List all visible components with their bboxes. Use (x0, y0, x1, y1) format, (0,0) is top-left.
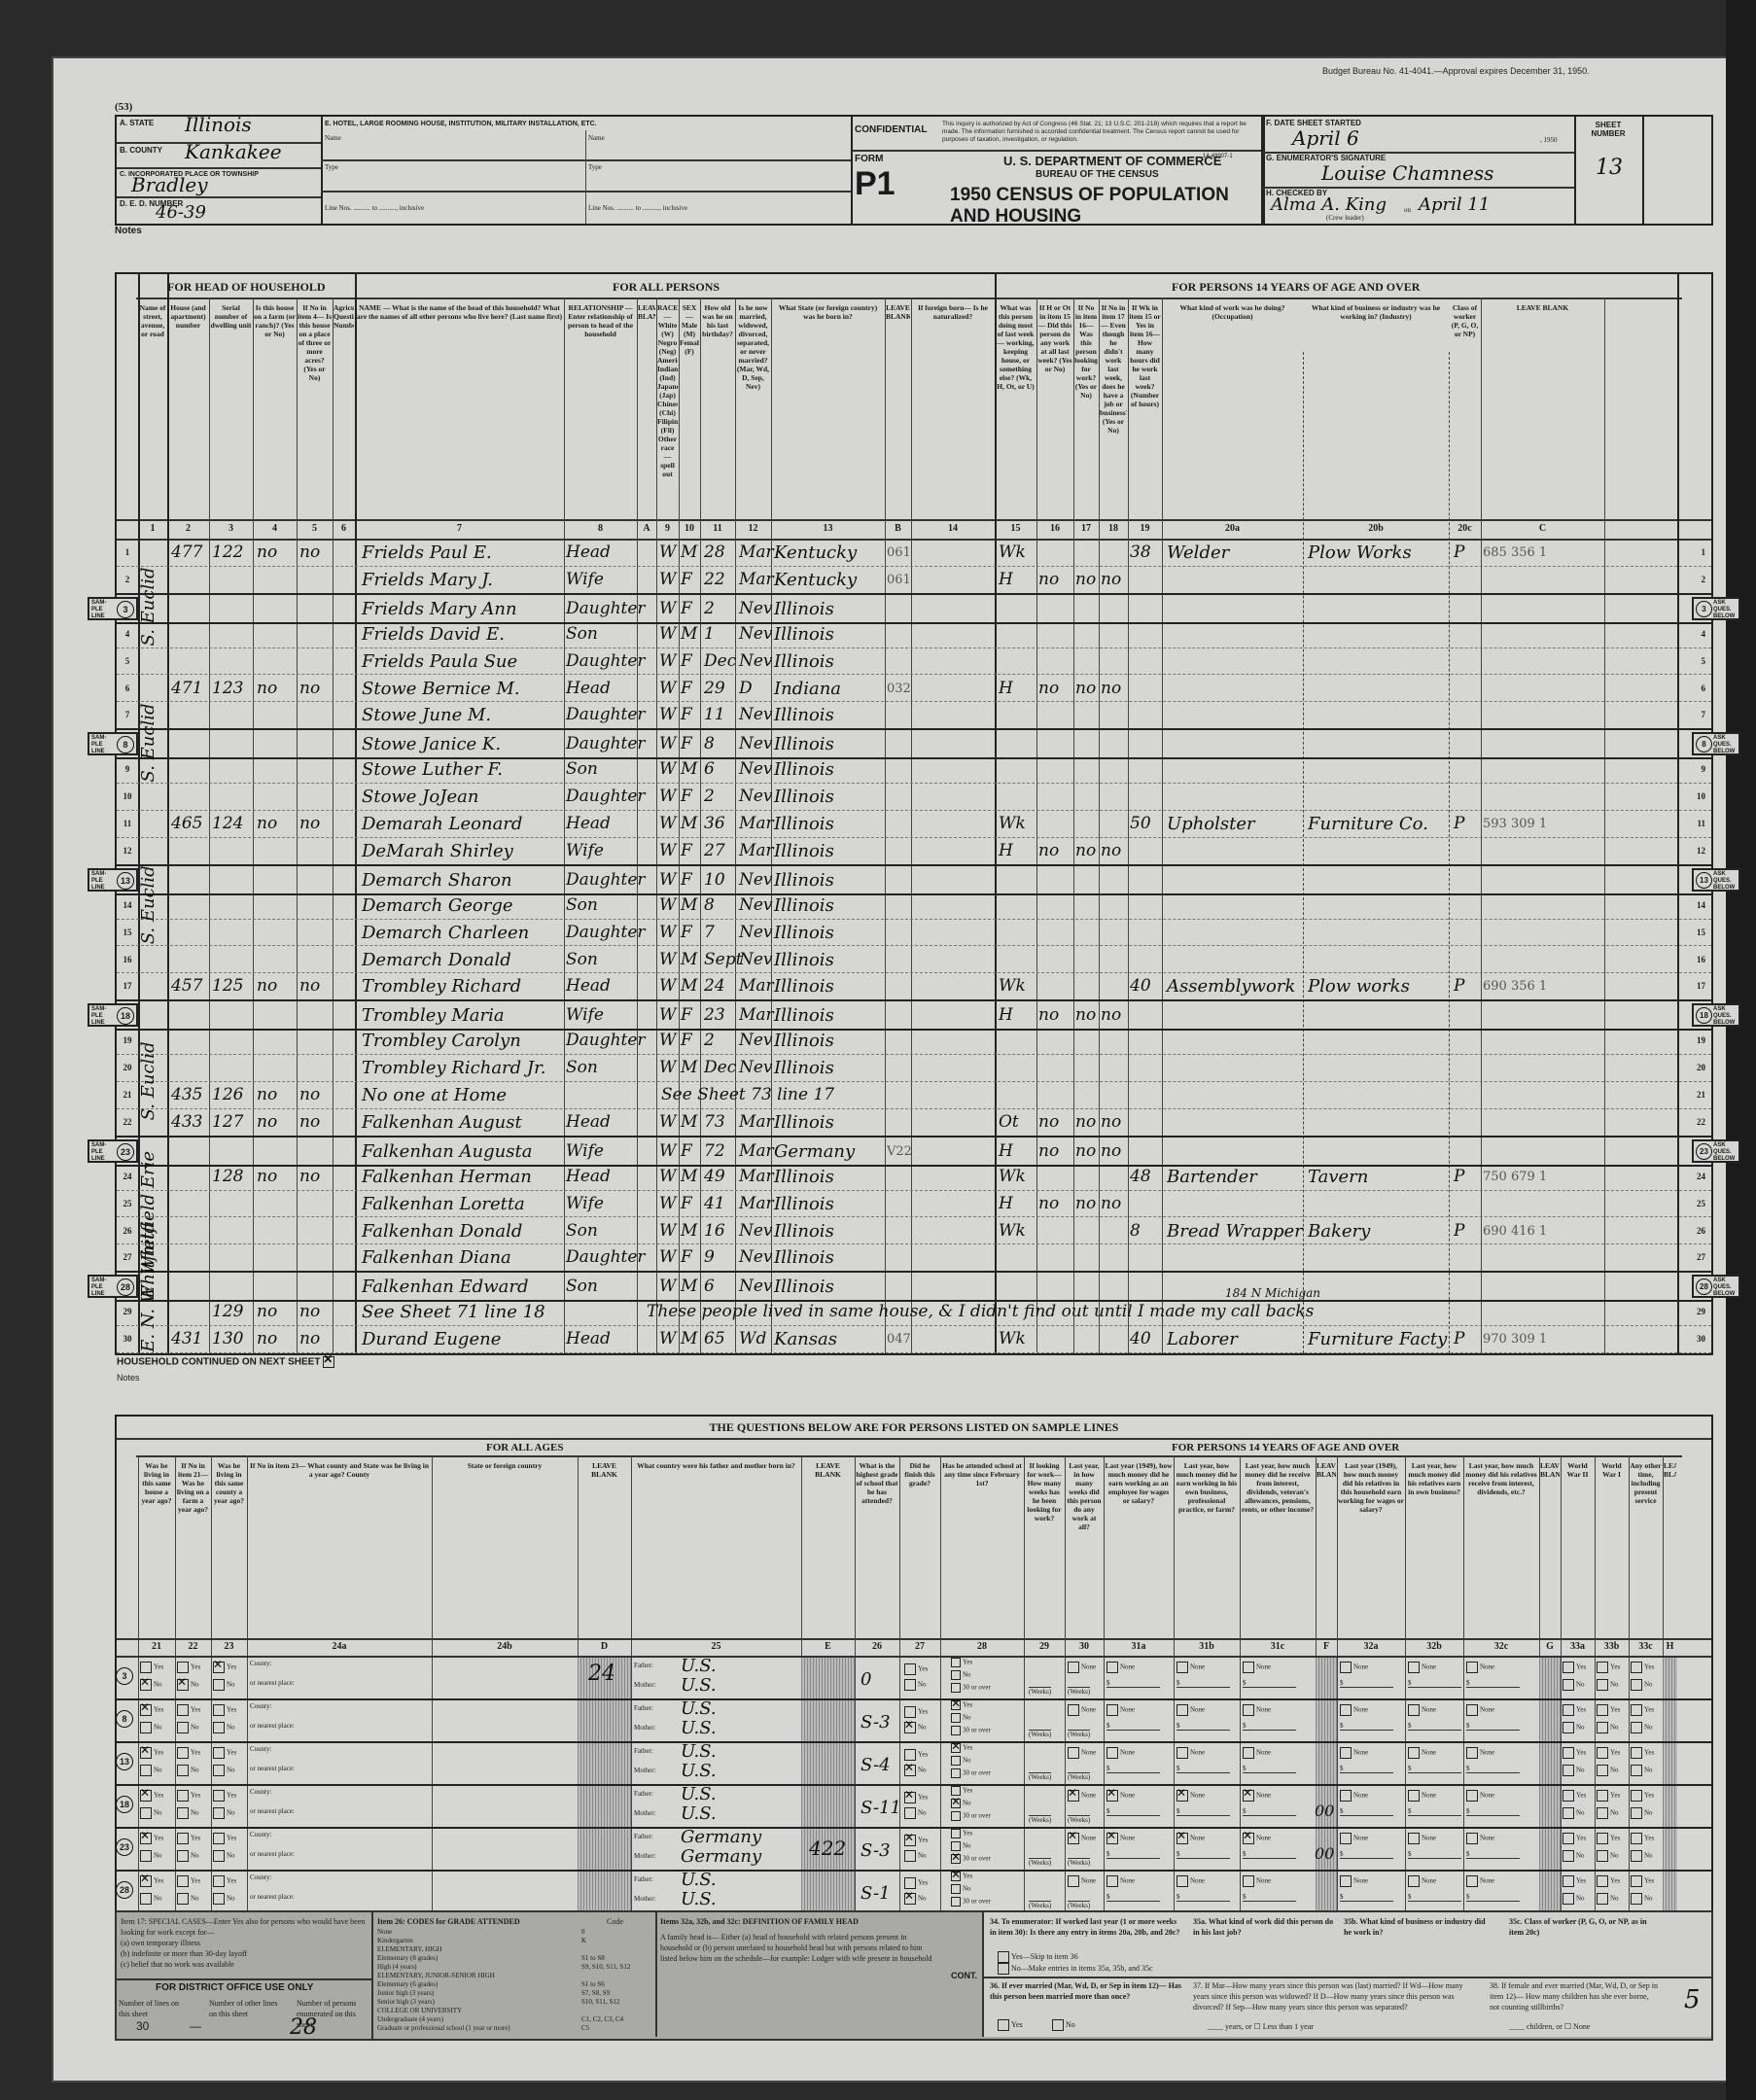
q31b-none-checkbox[interactable]: None (1177, 1704, 1205, 1716)
date-year: , 1950 (1540, 136, 1558, 144)
institution-label: e. HOTEL, LARGE ROOMING HOUSE, INSTITUTI… (325, 121, 597, 127)
serial-number: 130 (212, 1329, 243, 1348)
line-number-right: 12 (1697, 846, 1705, 856)
special-case-c: (c) belief that no work was available (121, 1959, 369, 1970)
house-number: 431 (171, 1329, 202, 1348)
q33c-yes-checkbox[interactable]: Yes (1631, 1662, 1654, 1673)
person-name: Falkenhan Donald (362, 1221, 522, 1242)
q36-no[interactable]: No (1052, 2019, 1075, 2031)
q32c-amount[interactable]: $ (1466, 1679, 1520, 1688)
q32a-amount[interactable]: $ (1340, 1765, 1393, 1773)
notes-label: Notes (115, 226, 142, 236)
line-number: 30 (117, 1334, 138, 1344)
district-office-box: FOR DISTRICT OFFICE USE ONLY Number of l… (117, 1978, 373, 2039)
q33b-yes-checkbox[interactable]: Yes (1597, 1875, 1620, 1887)
q27-no-checkbox[interactable]: No (904, 1679, 927, 1691)
q31a-amount[interactable]: $ (1106, 1679, 1160, 1688)
q33b-no-checkbox[interactable]: No (1597, 1850, 1619, 1862)
q30-none-checkbox[interactable]: None (1068, 1747, 1096, 1759)
column-header-12: Is he now married, widowed, divorced, se… (736, 303, 770, 517)
marital-status: Mar (739, 1112, 774, 1132)
q34: 34. To enumerator: If worked last year (… (990, 1916, 1184, 1938)
q28-no-checkbox[interactable]: No (951, 1713, 971, 1723)
q22-yes-checkbox[interactable]: Yes (177, 1790, 200, 1802)
q29-weeks: (Weeks) (1029, 1730, 1051, 1738)
sex: M (681, 976, 697, 996)
q32c-none-checkbox[interactable]: None (1466, 1747, 1494, 1759)
sample-column-number-f: F (1316, 1641, 1337, 1652)
q32b-none-checkbox[interactable]: None (1408, 1833, 1436, 1844)
q34-no[interactable]: No—Make entries in items 35a, 35b, and 3… (998, 1963, 1153, 1975)
q31c-amount[interactable]: $ (1243, 1807, 1296, 1816)
line-number: 14 (117, 900, 138, 910)
q33b-yes-checkbox[interactable]: Yes (1597, 1704, 1620, 1716)
q27-yes-checkbox[interactable]: Yes (904, 1663, 928, 1675)
serial-number: 124 (212, 814, 243, 833)
q23-yes-checkbox[interactable]: Yes (213, 1875, 236, 1887)
sample-column-number-31a: 31a (1104, 1641, 1174, 1652)
q34-yes[interactable]: Yes—Skip to item 36 (998, 1951, 1078, 1963)
q32b-amount[interactable]: $ (1408, 1850, 1461, 1859)
q27-yes-checkbox[interactable]: Yes (904, 1877, 928, 1889)
q31c-none-checkbox[interactable]: None (1243, 1704, 1271, 1716)
q32b-amount[interactable]: $ (1408, 1765, 1461, 1773)
sample-line-badge: SAM-PLE LINE18 (88, 1003, 138, 1027)
q33a-yes-checkbox[interactable]: Yes (1563, 1875, 1586, 1887)
q31c-none-checkbox[interactable]: None (1243, 1875, 1271, 1887)
q33c-yes-checkbox[interactable]: Yes (1631, 1833, 1654, 1844)
column-number-10: 10 (679, 523, 700, 534)
q33b-no-checkbox[interactable]: No (1597, 1679, 1619, 1691)
notes-label-2: Notes (117, 1373, 140, 1382)
q33b-yes-checkbox[interactable]: Yes (1597, 1790, 1620, 1802)
sample-row: 18YesNoYesNoYesNoCounty:or nearest place… (117, 1784, 1711, 1829)
q33a-no-checkbox[interactable]: No (1563, 1765, 1585, 1776)
table-row: 1919Trombley CarolynDaughterWF2NevIllino… (117, 1027, 1711, 1055)
q23-yes-checkbox[interactable]: Yes (213, 1833, 236, 1844)
q33c-yes-checkbox[interactable]: Yes (1631, 1747, 1654, 1759)
table-row: 99Stowe Luther F.SonWM6NevIllinois (117, 755, 1711, 784)
q31c-none-checkbox[interactable]: None (1243, 1747, 1271, 1759)
q33c-no-checkbox[interactable]: No (1631, 1679, 1653, 1691)
column-number-13: 13 (771, 523, 885, 534)
checked-date: April 11 (1419, 194, 1490, 215)
line-number: 21 (117, 1090, 138, 1100)
race: W (659, 705, 676, 724)
q33c-yes-checkbox[interactable]: Yes (1631, 1790, 1654, 1802)
q31c-none-checkbox[interactable]: None (1243, 1662, 1271, 1673)
q31b-amount[interactable]: $ (1177, 1850, 1230, 1859)
q31c-amount[interactable]: $ (1243, 1893, 1296, 1902)
county-label: b. COUNTY (120, 146, 162, 155)
q33a-yes-checkbox[interactable]: Yes (1563, 1790, 1586, 1802)
hours: 40 (1130, 976, 1151, 996)
grade-code-row: Senior high (3 years)S10, S11, S12 (377, 1998, 651, 2007)
grade-attended: S-3 (860, 1840, 891, 1861)
q28-thirty_over-checkbox[interactable]: 30 or over (951, 1897, 991, 1907)
q32a-amount[interactable]: $ (1340, 1679, 1393, 1688)
has-job: no (1101, 841, 1121, 860)
q31b-none-checkbox[interactable]: None (1177, 1833, 1205, 1844)
q33c-no-checkbox[interactable]: No (1631, 1807, 1653, 1819)
q31b-none-checkbox[interactable]: None (1177, 1875, 1205, 1887)
q22-yes-checkbox[interactable]: Yes (177, 1662, 200, 1673)
activity: Wk (999, 1167, 1026, 1186)
column-header-7: NAME — What is the name of the head of t… (356, 303, 563, 517)
age: 73 (704, 1112, 725, 1132)
q32a-none-checkbox[interactable]: None (1340, 1662, 1368, 1673)
q22-yes-checkbox[interactable]: Yes (177, 1704, 200, 1716)
q22-no-checkbox[interactable]: No (177, 1850, 199, 1862)
q21-yes-checkbox[interactable]: Yes (140, 1747, 163, 1759)
q32b-none-checkbox[interactable]: None (1408, 1662, 1436, 1673)
q31b-amount[interactable]: $ (1177, 1893, 1230, 1902)
lines-label: Number of lines on this sheet (119, 1998, 187, 2019)
county-label: County: (250, 1745, 272, 1753)
q32b-amount[interactable]: $ (1408, 1722, 1461, 1731)
occupation: Upholster (1167, 814, 1255, 834)
q32a-amount[interactable]: $ (1340, 1850, 1393, 1859)
q22-no-checkbox[interactable]: No (177, 1893, 199, 1905)
q32c-none-checkbox[interactable]: None (1466, 1704, 1494, 1716)
q23-no-checkbox[interactable]: No (213, 1850, 235, 1862)
q23-yes-checkbox[interactable]: Yes (213, 1790, 236, 1802)
q21-no-checkbox[interactable]: No (140, 1850, 162, 1862)
q22-no-checkbox[interactable]: No (177, 1722, 199, 1733)
relationship: Wife (566, 1194, 604, 1213)
q32a-none-checkbox[interactable]: None (1340, 1747, 1368, 1759)
q23-no-checkbox[interactable]: No (213, 1893, 235, 1905)
person-name: Frields Paul E. (362, 542, 492, 563)
marital-status: Nev (739, 651, 773, 671)
column-header-8: RELATIONSHIP — Enter relationship of per… (565, 303, 636, 517)
q28-thirty_over-checkbox[interactable]: 30 or over (951, 1854, 991, 1864)
q21-no-checkbox[interactable]: No (140, 1679, 162, 1691)
marital-status: Nev (739, 624, 773, 644)
q28-thirty_over-checkbox[interactable]: 30 or over (951, 1683, 991, 1693)
col-c-code: 750 679 1 (1483, 1170, 1547, 1184)
q33a-yes-checkbox[interactable]: Yes (1563, 1833, 1586, 1844)
relationship: Wife (566, 570, 604, 589)
q32b-none-checkbox[interactable]: None (1408, 1747, 1436, 1759)
q32c-amount[interactable]: $ (1466, 1850, 1520, 1859)
grade-code-row: ELEMENTARY, HIGH (377, 1945, 651, 1954)
q23-no-checkbox[interactable]: No (213, 1807, 235, 1819)
q30-none-checkbox[interactable]: None (1068, 1833, 1096, 1844)
q27-yes-checkbox[interactable]: Yes (904, 1749, 928, 1761)
q33c-no-checkbox[interactable]: No (1631, 1722, 1653, 1733)
q31a-amount[interactable]: $ (1106, 1850, 1160, 1859)
q21-no-checkbox[interactable]: No (140, 1765, 162, 1776)
q22-no-checkbox[interactable]: No (177, 1807, 199, 1819)
col-f-value: 00 (1315, 1844, 1334, 1863)
q36-yes[interactable]: Yes (998, 2019, 1023, 2031)
q32a-none-checkbox[interactable]: None (1340, 1790, 1368, 1802)
sex: F (681, 651, 692, 671)
q33c-no-checkbox[interactable]: No (1631, 1765, 1653, 1776)
acres: no (299, 1302, 320, 1321)
q22-yes-checkbox[interactable]: Yes (177, 1747, 200, 1759)
q33b-yes-checkbox[interactable]: Yes (1597, 1747, 1620, 1759)
serial-number: 127 (212, 1112, 243, 1132)
institution-box: e. HOTEL, LARGE ROOMING HOUSE, INSTITUTI… (321, 117, 853, 224)
grade-code-row: Elementary (6 grades)S1 to S6 (377, 1980, 651, 1989)
q32c-none-checkbox[interactable]: None (1466, 1833, 1494, 1844)
q32b-none-checkbox[interactable]: None (1408, 1704, 1436, 1716)
q28-yes-checkbox[interactable]: Yes (951, 1743, 972, 1753)
q33b-no-checkbox[interactable]: No (1597, 1807, 1619, 1819)
col-c-code: 970 309 1 (1483, 1332, 1547, 1347)
q31b-none-checkbox[interactable]: None (1177, 1747, 1205, 1759)
person-name: Stowe JoJean (362, 787, 478, 807)
q31c-none-checkbox[interactable]: None (1243, 1833, 1271, 1844)
q21-yes-checkbox[interactable]: Yes (140, 1833, 163, 1844)
confidential-text: This inquiry is authorized by Act of Con… (942, 121, 1253, 144)
q30-none-checkbox[interactable]: None (1068, 1790, 1096, 1802)
q32c-none-checkbox[interactable]: None (1466, 1790, 1494, 1802)
q21-yes-checkbox[interactable]: Yes (140, 1875, 163, 1887)
q33b-no-checkbox[interactable]: No (1597, 1893, 1619, 1905)
q33c-no-checkbox[interactable]: No (1631, 1850, 1653, 1862)
q29-weeks: (Weeks) (1029, 1901, 1051, 1909)
q32c-amount[interactable]: $ (1466, 1722, 1520, 1731)
q33a-yes-checkbox[interactable]: Yes (1563, 1704, 1586, 1716)
age: 72 (704, 1141, 725, 1161)
q33a-no-checkbox[interactable]: No (1563, 1807, 1585, 1819)
q28-thirty_over-checkbox[interactable]: 30 or over (951, 1768, 991, 1778)
has-job: no (1101, 1141, 1121, 1161)
grade-code-row: COLLEGE OR UNIVERSITY (377, 2007, 651, 2015)
q32c-amount[interactable]: $ (1466, 1893, 1520, 1902)
birthplace: Indiana (774, 679, 841, 699)
q31c-amount[interactable]: $ (1243, 1679, 1296, 1688)
q31a-amount[interactable]: $ (1106, 1807, 1160, 1816)
q22-yes-checkbox[interactable]: Yes (177, 1833, 200, 1844)
q32a-none-checkbox[interactable]: None (1340, 1833, 1368, 1844)
col-b-code: 061 (887, 545, 911, 560)
q31a-amount[interactable]: $ (1106, 1893, 1160, 1902)
sample-row: 23YesNoYesNoYesNoCounty:or nearest place… (117, 1827, 1711, 1872)
marital-status: Mar (739, 1194, 774, 1213)
q33a-yes-checkbox[interactable]: Yes (1563, 1662, 1586, 1673)
q31a-none-checkbox[interactable]: None (1106, 1662, 1135, 1673)
q31c-amount[interactable]: $ (1243, 1722, 1296, 1731)
relationship: Wife (566, 1141, 604, 1161)
race: W (659, 542, 676, 562)
q31c-none-checkbox[interactable]: None (1243, 1790, 1271, 1802)
q31a-none-checkbox[interactable]: None (1106, 1704, 1135, 1716)
q31a-none-checkbox[interactable]: None (1106, 1833, 1135, 1844)
sheet-number-box: SHEET NUMBER 13 (1574, 117, 1644, 226)
q30-none-checkbox[interactable]: None (1068, 1704, 1096, 1716)
line-number-right: 20 (1697, 1063, 1705, 1072)
q23-yes-checkbox[interactable]: Yes (213, 1662, 236, 1673)
q28-thirty_over-checkbox[interactable]: 30 or over (951, 1726, 991, 1735)
q27-yes-checkbox[interactable]: Yes (904, 1835, 928, 1846)
q27-no-checkbox[interactable]: No (904, 1807, 927, 1819)
line-number-right: 5 (1702, 656, 1706, 666)
mother-birthplace: U.S. (681, 1675, 717, 1696)
q32c-amount[interactable]: $ (1466, 1807, 1520, 1816)
q32c-none-checkbox[interactable]: None (1466, 1875, 1494, 1887)
q28-yes-checkbox[interactable]: Yes (951, 1829, 972, 1838)
birthplace: Illinois (774, 1112, 834, 1133)
q23-yes-checkbox[interactable]: Yes (213, 1747, 236, 1759)
class-of-worker: P (1454, 542, 1464, 562)
q28-yes-checkbox[interactable]: Yes (951, 1872, 972, 1881)
line-number-right: 16 (1697, 955, 1705, 964)
sample-column-header-e: LEAVE BLANK (802, 1461, 854, 1634)
q27-no-checkbox[interactable]: No (904, 1893, 927, 1905)
q32a-none-checkbox[interactable]: None (1340, 1875, 1368, 1887)
q27-no-checkbox[interactable]: No (904, 1722, 927, 1733)
q21-yes-checkbox[interactable]: Yes (140, 1662, 163, 1673)
q31b-none-checkbox[interactable]: None (1177, 1662, 1205, 1673)
column-number-8: 8 (564, 523, 637, 534)
special-cases: Item 17: SPECIAL CASES—Enter Yes also fo… (121, 1916, 369, 1970)
q31a-none-checkbox[interactable]: None (1106, 1747, 1135, 1759)
q33b-yes-checkbox[interactable]: Yes (1597, 1662, 1620, 1673)
q32b-amount[interactable]: $ (1408, 1679, 1461, 1688)
q28-no-checkbox[interactable]: No (951, 1670, 971, 1680)
column-number-12: 12 (735, 523, 771, 534)
marital-status: Nev (739, 950, 773, 969)
q33b-no-checkbox[interactable]: No (1597, 1765, 1619, 1776)
worked-last-week: no (1038, 1112, 1059, 1132)
table-row: 44Frields David E.SonWM1NevIllinois (117, 620, 1711, 648)
questions-34-38: 34. To enumerator: If worked last year (… (982, 1912, 1711, 2037)
q21-no-checkbox[interactable]: No (140, 1893, 162, 1905)
q27-yes-checkbox[interactable]: Yes (904, 1706, 928, 1718)
sample-column-header-31a: Last year (1949), how much money did he … (1105, 1461, 1173, 1634)
q23-yes-checkbox[interactable]: Yes (213, 1704, 236, 1716)
q32c-none-checkbox[interactable]: None (1466, 1662, 1494, 1673)
q32a-amount[interactable]: $ (1340, 1807, 1393, 1816)
margin-mark: 5 (1684, 1985, 1701, 2014)
marital-status: Nev (739, 895, 773, 915)
q30-none-checkbox[interactable]: None (1068, 1875, 1096, 1887)
q33a-no-checkbox[interactable]: No (1563, 1679, 1585, 1691)
marital-status: Mar (739, 542, 774, 562)
q33c-no-checkbox[interactable]: No (1631, 1893, 1653, 1905)
q23-no-checkbox[interactable]: No (213, 1765, 235, 1776)
ask-questions-badge: 8ASK QUES. BELOW (1692, 732, 1740, 755)
q32b-amount[interactable]: $ (1408, 1807, 1461, 1816)
q31b-amount[interactable]: $ (1177, 1722, 1230, 1731)
q21-yes-checkbox[interactable]: Yes (140, 1704, 163, 1716)
q33c-yes-checkbox[interactable]: Yes (1631, 1704, 1654, 1716)
q31b-amount[interactable]: $ (1177, 1679, 1230, 1688)
q28-thirty_over-checkbox[interactable]: 30 or over (951, 1811, 991, 1821)
q36: 36. If ever married (Mar, Wd, D, or Sep … (990, 1980, 1184, 2002)
race: W (659, 570, 676, 589)
q30-none-checkbox[interactable]: None (1068, 1662, 1096, 1673)
q31b-none-checkbox[interactable]: None (1177, 1790, 1205, 1802)
q22-no-checkbox[interactable]: No (177, 1765, 199, 1776)
birthplace: Illinois (774, 950, 834, 970)
sex: F (681, 1194, 692, 1213)
q32a-amount[interactable]: $ (1340, 1893, 1393, 1902)
q28-no-checkbox[interactable]: No (951, 1756, 971, 1766)
q32a-amount[interactable]: $ (1340, 1722, 1393, 1731)
q28-no-checkbox[interactable]: No (951, 1799, 971, 1808)
q31b-amount[interactable]: $ (1177, 1807, 1230, 1816)
sex: M (681, 542, 697, 562)
marital-status: Mar (739, 1005, 774, 1025)
relationship: Head (566, 814, 611, 833)
household-continued-checkbox[interactable] (323, 1356, 334, 1368)
line-number: 12 (117, 846, 138, 856)
line-number: 6 (117, 683, 138, 693)
line-number-right: 22 (1697, 1117, 1705, 1127)
q28-yes-checkbox[interactable]: Yes (951, 1658, 972, 1667)
sample-column-number-33a: 33a (1561, 1641, 1595, 1652)
relationship: Daughter (566, 1031, 646, 1050)
grade-attended: S-4 (860, 1755, 891, 1775)
q33b-no-checkbox[interactable]: No (1597, 1722, 1619, 1733)
household-continued[interactable]: HOUSEHOLD CONTINUED ON NEXT SHEET (117, 1356, 336, 1368)
q22-no-checkbox[interactable]: No (177, 1679, 199, 1691)
q27-yes-checkbox[interactable]: Yes (904, 1792, 928, 1803)
q32c-amount[interactable]: $ (1466, 1765, 1520, 1773)
q31b-amount[interactable]: $ (1177, 1765, 1230, 1773)
q21-no-checkbox[interactable]: No (140, 1807, 162, 1819)
q22-yes-checkbox[interactable]: Yes (177, 1875, 200, 1887)
q32b-none-checkbox[interactable]: None (1408, 1790, 1436, 1802)
q27-no-checkbox[interactable]: No (904, 1850, 927, 1862)
sample-row: 13YesNoYesNoYesNoCounty:or nearest place… (117, 1741, 1711, 1786)
q32a-none-checkbox[interactable]: None (1340, 1704, 1368, 1716)
q28-no-checkbox[interactable]: No (951, 1884, 971, 1894)
q28-yes-checkbox[interactable]: Yes (951, 1700, 972, 1710)
column-header-20b: What kind of business or industry was he… (1304, 303, 1448, 517)
q33a-no-checkbox[interactable]: No (1563, 1850, 1585, 1862)
q31a-none-checkbox[interactable]: None (1106, 1790, 1135, 1802)
q29-weeks: (Weeks) (1029, 1772, 1051, 1781)
q31a-amount[interactable]: $ (1106, 1722, 1160, 1731)
q21-yes-checkbox[interactable]: Yes (140, 1790, 163, 1802)
q33a-no-checkbox[interactable]: No (1563, 1893, 1585, 1905)
birthplace: Kentucky (774, 570, 857, 590)
q33b-yes-checkbox[interactable]: Yes (1597, 1833, 1620, 1844)
occupation: Bartender (1167, 1167, 1257, 1187)
q21-no-checkbox[interactable]: No (140, 1722, 162, 1733)
birthplace: Illinois (774, 923, 834, 943)
sex: F (681, 1247, 692, 1267)
q33a-yes-checkbox[interactable]: Yes (1563, 1747, 1586, 1759)
line-number-right: 24 (1697, 1172, 1705, 1181)
q23-no-checkbox[interactable]: No (213, 1722, 235, 1733)
column-header-16: If H or Ot in item 15— Did this person d… (1037, 303, 1072, 517)
class-of-worker: P (1454, 976, 1464, 996)
column-number-17: 17 (1073, 523, 1099, 534)
activity: H (999, 1005, 1013, 1025)
q33a-no-checkbox[interactable]: No (1563, 1722, 1585, 1733)
q31a-none-checkbox[interactable]: None (1106, 1875, 1135, 1887)
q31a-amount[interactable]: $ (1106, 1765, 1160, 1773)
for-all-ages: FOR ALL AGES (486, 1442, 563, 1453)
q23-no-checkbox[interactable]: No (213, 1679, 235, 1691)
q31c-amount[interactable]: $ (1243, 1850, 1296, 1859)
q27-no-checkbox[interactable]: No (904, 1765, 927, 1776)
q32b-amount[interactable]: $ (1408, 1893, 1461, 1902)
q32b-none-checkbox[interactable]: None (1408, 1875, 1436, 1887)
column-header-11: How old was he on his last birthday? (701, 303, 734, 517)
q33c-yes-checkbox[interactable]: Yes (1631, 1875, 1654, 1887)
looking-for-work: no (1075, 1194, 1096, 1213)
q31c-amount[interactable]: $ (1243, 1765, 1296, 1773)
cont-label: CONT. (951, 1971, 977, 1980)
